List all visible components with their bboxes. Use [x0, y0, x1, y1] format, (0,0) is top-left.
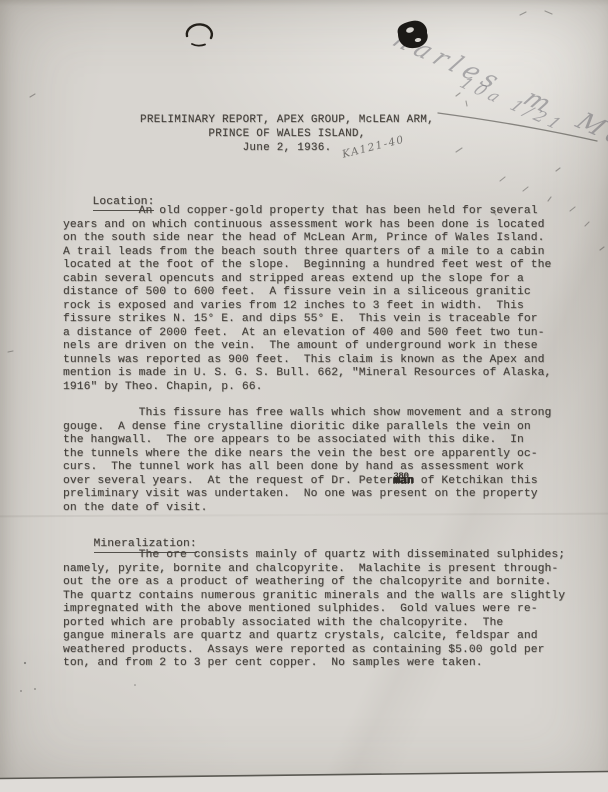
report-title-line-3: June 2, 1936.: [85, 141, 489, 155]
paragraph-mineralization-1: The ore consists mainly of quartz with d…: [63, 549, 565, 671]
report-title-line-2: PRINCE OF WALES ISLAND,: [85, 127, 489, 141]
circle-mark: [187, 24, 212, 45]
paragraph-location-2: This fissure has free walls which show m…: [63, 407, 551, 515]
overtyped-word: man380: [393, 475, 414, 489]
paper-bottom-edge: [0, 772, 608, 792]
report-title-block: PRELIMINARY REPORT, APEX GROUP, McLEAN A…: [85, 113, 489, 156]
overtyped-word-superscript: 380: [393, 470, 408, 484]
paragraph-location-1: An old copper-gold property that has bee…: [63, 205, 551, 394]
scanned-document-page: PRELIMINARY REPORT, APEX GROUP, McLEAN A…: [0, 0, 608, 792]
report-title-line-1: PRELIMINARY REPORT, APEX GROUP, McLEAN A…: [85, 113, 489, 127]
